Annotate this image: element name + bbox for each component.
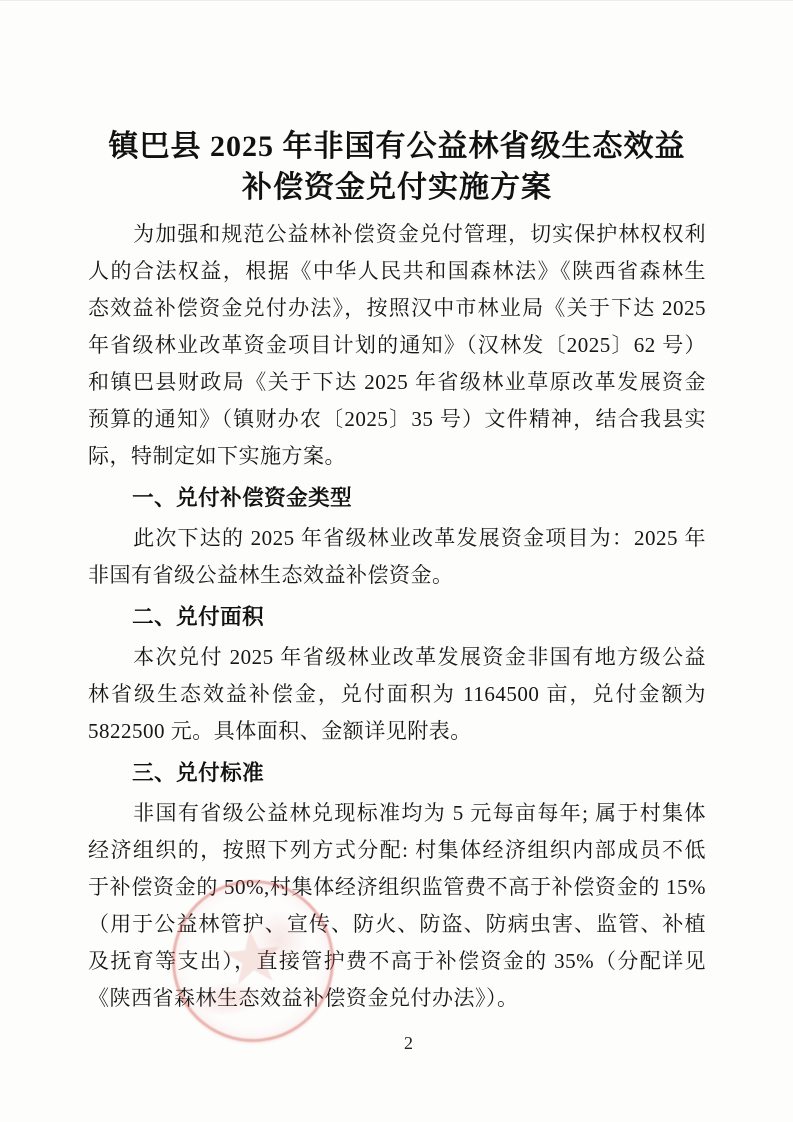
paragraph-line: 此次下达的 2025 年省级林业改革发展资金项目为：2025 年 <box>88 520 706 557</box>
page-number: 2 <box>404 1032 413 1054</box>
paragraph-line: 及抚育等支出），直接管护费不高于补偿资金的 35%（分配详见 <box>88 943 706 980</box>
paragraph-line: 际，特制定如下实施方案。 <box>88 438 706 475</box>
paragraph-line: 林省级生态效益补偿金，兑付面积为 1164500 亩，兑付金额为 <box>88 676 706 713</box>
section-2-body: 本次兑付 2025 年省级林业改革发展资金非国有地方级公益 林省级生态效益补偿金… <box>88 639 706 750</box>
paragraph-line: 于补偿资金的 50%,村集体经济组织监管费不高于补偿资金的 15% <box>88 869 706 906</box>
section-3-heading: 三、兑付标准 <box>88 755 706 792</box>
paragraph-line: 人的合法权益，根据《中华人民共和国森林法》《陕西省森林生 <box>88 253 706 290</box>
paragraph-line: 预算的通知》（镇财办农〔2025〕35 号）文件精神，结合我县实 <box>88 401 706 438</box>
paragraph-line: 非国有省级公益林生态效益补偿资金。 <box>88 557 706 594</box>
section-1-body: 此次下达的 2025 年省级林业改革发展资金项目为：2025 年 非国有省级公益… <box>88 520 706 594</box>
section-3-body: 非国有省级公益林兑现标准均为 5 元每亩每年; 属于村集体 经济组织的，按照下列… <box>88 795 706 1017</box>
paragraph-line: 非国有省级公益林兑现标准均为 5 元每亩每年; 属于村集体 <box>88 795 706 832</box>
paragraph-line: 5822500 元。具体面积、金额详见附表。 <box>88 713 706 750</box>
intro-paragraph: 为加强和规范公益林补偿资金兑付管理，切实保护林权权利 人的合法权益，根据《中华人… <box>88 216 706 475</box>
section-2-heading: 二、兑付面积 <box>88 599 706 636</box>
paragraph-line: 和镇巴县财政局《关于下达 2025 年省级林业草原改革发展资金 <box>88 364 706 401</box>
document-page: { "doc": { "title": { "line1": "镇巴县 2025… <box>0 0 793 1122</box>
paragraph-line: 《陕西省森林生态效益补偿资金兑付办法》）。 <box>88 980 706 1017</box>
paragraph-line: 年省级林业改革资金项目计划的通知》（汉林发〔2025〕62 号） <box>88 327 706 364</box>
document-title: 镇巴县 2025 年非国有公益林省级生态效益 补偿资金兑付实施方案 <box>88 126 706 208</box>
text-block: 镇巴县 2025 年非国有公益林省级生态效益 补偿资金兑付实施方案 为加强和规范… <box>88 1 706 1017</box>
paragraph-line: 经济组织的，按照下列方式分配: 村集体经济组织内部成员不低 <box>88 832 706 869</box>
paragraph-line: 态效益补偿资金兑付办法》，按照汉中市林业局《关于下达 2025 <box>88 290 706 327</box>
section-1-heading: 一、兑付补偿资金类型 <box>88 480 706 517</box>
document-title-line-2: 补偿资金兑付实施方案 <box>88 167 706 208</box>
paragraph-line: （用于公益林管护、宣传、防火、防盗、防病虫害、监管、补植 <box>88 906 706 943</box>
document-title-line-1: 镇巴县 2025 年非国有公益林省级生态效益 <box>88 126 706 167</box>
paragraph-line: 本次兑付 2025 年省级林业改革发展资金非国有地方级公益 <box>88 639 706 676</box>
paragraph-line: 为加强和规范公益林补偿资金兑付管理，切实保护林权权利 <box>88 216 706 253</box>
